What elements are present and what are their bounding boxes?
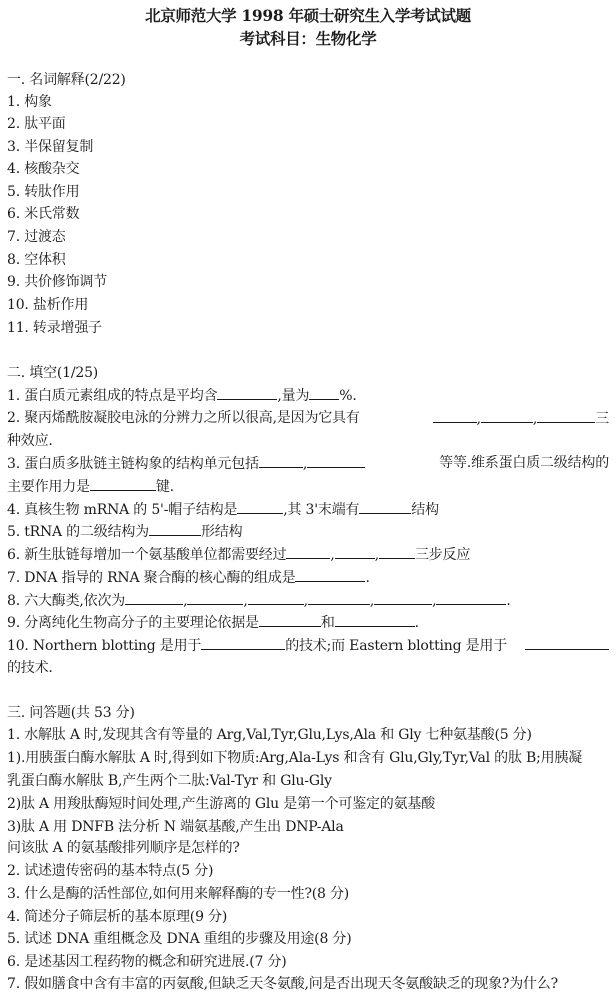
fill-q4: 4. 真核生物 mRNA 的 5'-帽子结构是,其 3'末端有结构 xyxy=(7,499,439,520)
blank xyxy=(90,476,156,491)
section3-heading: 三. 问答题(共 53 分) xyxy=(7,703,135,723)
section3-line: 6. 是述基因工程药物的概念和研究进展.(7 分) xyxy=(7,952,287,972)
blank xyxy=(309,385,339,400)
fill-q10-cont: 的技术. xyxy=(7,658,53,678)
blank xyxy=(335,612,415,627)
blank xyxy=(525,635,609,650)
fill-q2: 2. 聚丙烯酰胺凝胶电泳的分辨力之所以很高,是因为它具有 ,,三 xyxy=(7,408,609,429)
fill-q2-cont: 种效应. xyxy=(7,431,53,451)
section3-line: 7. 假如膳食中含有丰富的丙氨酸,但缺乏天冬氨酸,问是否出现天冬氨酸缺乏的现象?… xyxy=(7,974,558,994)
section1-heading: 一. 名词解释(2/22) xyxy=(7,70,126,90)
section1-item: 9. 共价修饰调节 xyxy=(7,272,107,292)
blank xyxy=(307,453,365,468)
blank xyxy=(374,590,432,605)
section3-line: 3. 什么是酶的活性部位,如何用来解释酶的专一性?(8 分) xyxy=(7,884,349,904)
section1-item: 5. 转肽作用 xyxy=(7,182,79,202)
blank xyxy=(187,590,243,605)
section3-line: 1).用胰蛋白酶水解肽 A 时,得到如下物质:Arg,Ala-Lys 和含有 G… xyxy=(7,748,582,768)
blank xyxy=(359,499,411,514)
blank xyxy=(217,385,277,400)
section1-item: 7. 过渡态 xyxy=(7,227,66,247)
blank xyxy=(286,544,330,559)
section3-line: 2)肽 A 用羧肽酶短时间处理,产生游离的 Glu 是第一个可鉴定的氨基酸 xyxy=(7,794,435,814)
blank xyxy=(259,453,303,468)
fill-q9: 9. 分离纯化生物高分子的主要理论依据是和. xyxy=(7,612,419,633)
blank xyxy=(149,521,201,536)
exam-page: 北京师范大学 1998 年硕士研究生入学考试试题 考试科目：生物化学 一. 名词… xyxy=(0,0,616,994)
blank xyxy=(201,635,285,650)
blank xyxy=(259,612,321,627)
section3-line: 5. 试述 DNA 重组概念及 DNA 重组的步骤及用途(8 分) xyxy=(7,929,351,949)
section3-line: 3)肽 A 用 DNFB 法分析 N 端氨基酸,产生出 DNP-Ala xyxy=(7,817,344,837)
blank xyxy=(481,408,533,423)
section3-line: 2. 试述遗传密码的基本特点(5 分) xyxy=(7,861,213,881)
section3-line: 4. 简述分子筛层析的基本原理(9 分) xyxy=(7,907,227,927)
blank xyxy=(537,408,595,423)
exam-title: 北京师范大学 1998 年硕士研究生入学考试试题 xyxy=(0,4,616,26)
section1-item: 4. 核酸杂交 xyxy=(7,159,79,179)
section1-item: 1. 构象 xyxy=(7,92,52,112)
fill-q3-cont: 主要作用力是键. xyxy=(7,476,174,497)
fill-q3: 3. 蛋白质多肽链主链构象的结构单元包括, 等等.维系蛋白质二级结构的 xyxy=(7,453,609,474)
blank xyxy=(248,590,304,605)
section3-line: 问该肽 A 的氨基酸排列顺序是怎样的? xyxy=(7,838,240,858)
exam-subject: 考试科目：生物化学 xyxy=(0,27,616,49)
section1-item: 2. 肽平面 xyxy=(7,114,66,134)
blank xyxy=(433,408,477,423)
blank xyxy=(335,544,375,559)
fill-q10: 10. Northern blotting 是用于的技术;而 Eastern b… xyxy=(7,635,609,656)
fill-q1: 1. 蛋白质元素组成的特点是平均含,量为%. xyxy=(7,385,357,406)
blank xyxy=(237,499,283,514)
section1-item: 10. 盐析作用 xyxy=(7,295,88,315)
section3-line: 1. 水解肽 A 时,发现其含有等量的 Arg,Val,Tyr,Glu,Lys,… xyxy=(7,725,532,745)
blank xyxy=(379,544,415,559)
fill-q5: 5. tRNA 的二级结构为形结构 xyxy=(7,521,242,542)
blank xyxy=(436,590,506,605)
blank xyxy=(125,590,183,605)
section1-item: 3. 半保留复制 xyxy=(7,137,93,157)
fill-q6: 6. 新生肽链每增加一个氨基酸单位都需要经过,,三步反应 xyxy=(7,544,470,565)
blank xyxy=(308,590,370,605)
section3-line: 乳蛋白酶水解肽 B,产生两个二肽:Val-Tyr 和 Glu-Gly xyxy=(7,771,332,791)
section1-item: 6. 米氏常数 xyxy=(7,204,79,224)
section1-item: 8. 空体积 xyxy=(7,250,66,270)
fill-q8: 8. 六大酶类,依次为,,,,,. xyxy=(7,590,511,611)
fill-q7: 7. DNA 指导的 RNA 聚合酶的核心酶的组成是. xyxy=(7,567,370,588)
section1-item: 11. 转录增强子 xyxy=(7,318,102,338)
section2-heading: 二. 填空(1/25) xyxy=(7,363,98,383)
blank xyxy=(295,567,365,582)
